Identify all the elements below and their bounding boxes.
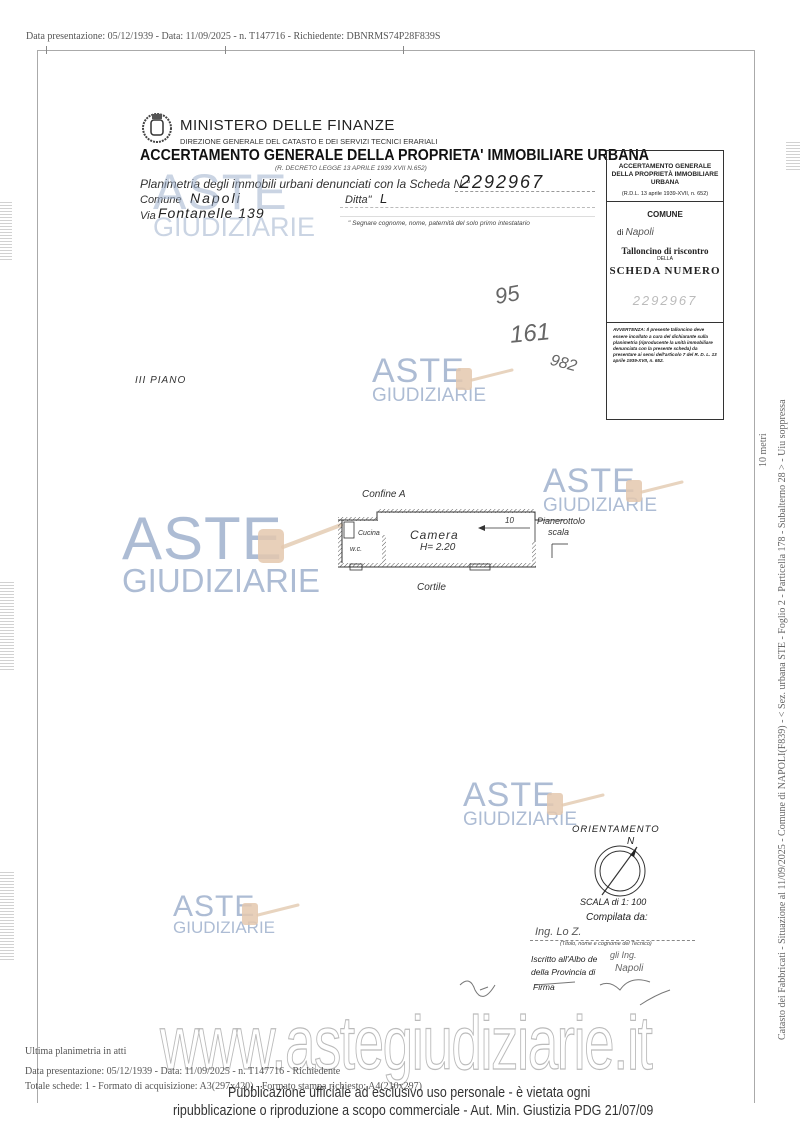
di-value: Napoli	[625, 227, 653, 238]
coat-of-arms-icon	[140, 110, 174, 146]
gavel-icon	[545, 787, 605, 819]
header-request-line: Data presentazione: 05/12/1939 - Data: 1…	[26, 31, 440, 42]
divider	[607, 322, 723, 323]
side-cadastral-info: Catasto dei Fabbricati - Situazione al 1…	[777, 399, 788, 1040]
plan-landing: Pianerottolo	[537, 516, 585, 526]
frame-tick	[225, 46, 226, 54]
ditta-note: " Segnare cognome, nome, paternità del s…	[348, 220, 530, 227]
gavel-icon	[240, 897, 300, 929]
ditta-value: L	[380, 191, 387, 206]
ministry-direction: DIREZIONE GENERALE DEL CATASTO E DEI SER…	[180, 137, 437, 146]
compiled-label: Compilata da:	[586, 912, 648, 923]
plan-room-wc: w.c.	[350, 546, 362, 553]
floor-label: III PIANO	[135, 375, 186, 386]
di-label: di	[617, 228, 623, 237]
plan-courtyard: Cortile	[417, 582, 446, 593]
scan-noise	[786, 140, 800, 170]
plan-room-height: H= 2.20	[420, 542, 455, 553]
talloncino-della: DELLA	[607, 256, 723, 262]
underline	[340, 216, 595, 217]
side-scale-note: 10 metri	[758, 433, 769, 467]
legal-notice-2: ripubblicazione o riproduzione a scopo c…	[173, 1103, 653, 1119]
talloncino-rdl: (R.D.L. 13 aprile 1939-XVII, n. 652)	[607, 191, 723, 197]
plan-stair: scala	[548, 527, 569, 537]
underline	[340, 207, 595, 208]
divider	[607, 201, 723, 202]
frame-tick	[403, 46, 404, 54]
albo-value: gli Ing.	[610, 950, 637, 960]
footer-line1: Data presentazione: 05/12/1939 - Data: 1…	[25, 1066, 340, 1077]
compiled-value: Ing. Lo Z.	[535, 926, 581, 938]
plan-confine: Confine A	[362, 489, 406, 500]
scheda-number: 2292967	[460, 172, 544, 193]
underline	[455, 191, 595, 192]
talloncino-header: ACCERTAMENTO GENERALE DELLA PROPRIETÀ IM…	[607, 151, 723, 186]
talloncino-number: 2292967	[607, 293, 723, 308]
gavel-icon	[624, 474, 684, 506]
compass-icon	[590, 843, 650, 899]
gavel-icon	[454, 362, 514, 394]
talloncino-di-riscontro: ACCERTAMENTO GENERALE DELLA PROPRIETÀ IM…	[606, 150, 724, 420]
ditta-label: Ditta"	[345, 194, 372, 206]
handwritten-note: 161	[509, 318, 551, 349]
scan-noise	[0, 580, 14, 670]
talloncino-comune: COMUNE	[607, 210, 723, 219]
scale-label: SCALA di 1: 100	[580, 897, 646, 907]
orientation-label: ORIENTAMENTO	[572, 824, 660, 835]
plan-room-camera: Camera	[410, 528, 459, 542]
scan-noise	[0, 870, 14, 960]
watermark-logo: ASTE GIUDIZIARIE	[153, 170, 315, 239]
technician-note: (Titolo, nome e cognome del Tecnico)	[560, 941, 652, 947]
frame-tick	[46, 46, 47, 54]
talloncino-scheda: SCHEDA NUMERO	[607, 265, 723, 277]
watermark-bottom: GIUDIZIARIE	[153, 215, 315, 239]
watermark-top: ASTE	[153, 170, 315, 215]
plan-room-kitchen: Cucina	[358, 530, 380, 537]
scan-noise	[0, 200, 12, 260]
talloncino-di: di Napoli	[607, 227, 723, 238]
form-title: ACCERTAMENTO GENERALE DELLA PROPRIETA' I…	[140, 147, 649, 165]
talloncino-title: Talloncino di riscontro	[607, 246, 723, 256]
footer-last-plan: Ultima planimetria in atti	[25, 1046, 126, 1057]
talloncino-avvertenza: AVVERTENZA: Il presente talloncino deve …	[607, 327, 723, 364]
handwritten-note: 95	[493, 280, 522, 310]
plan-dimension: 10	[505, 516, 514, 525]
legal-notice-1: Pubblicazione ufficiale ad esclusivo uso…	[228, 1085, 590, 1101]
ministry-name: MINISTERO DELLE FINANZE	[180, 117, 395, 134]
